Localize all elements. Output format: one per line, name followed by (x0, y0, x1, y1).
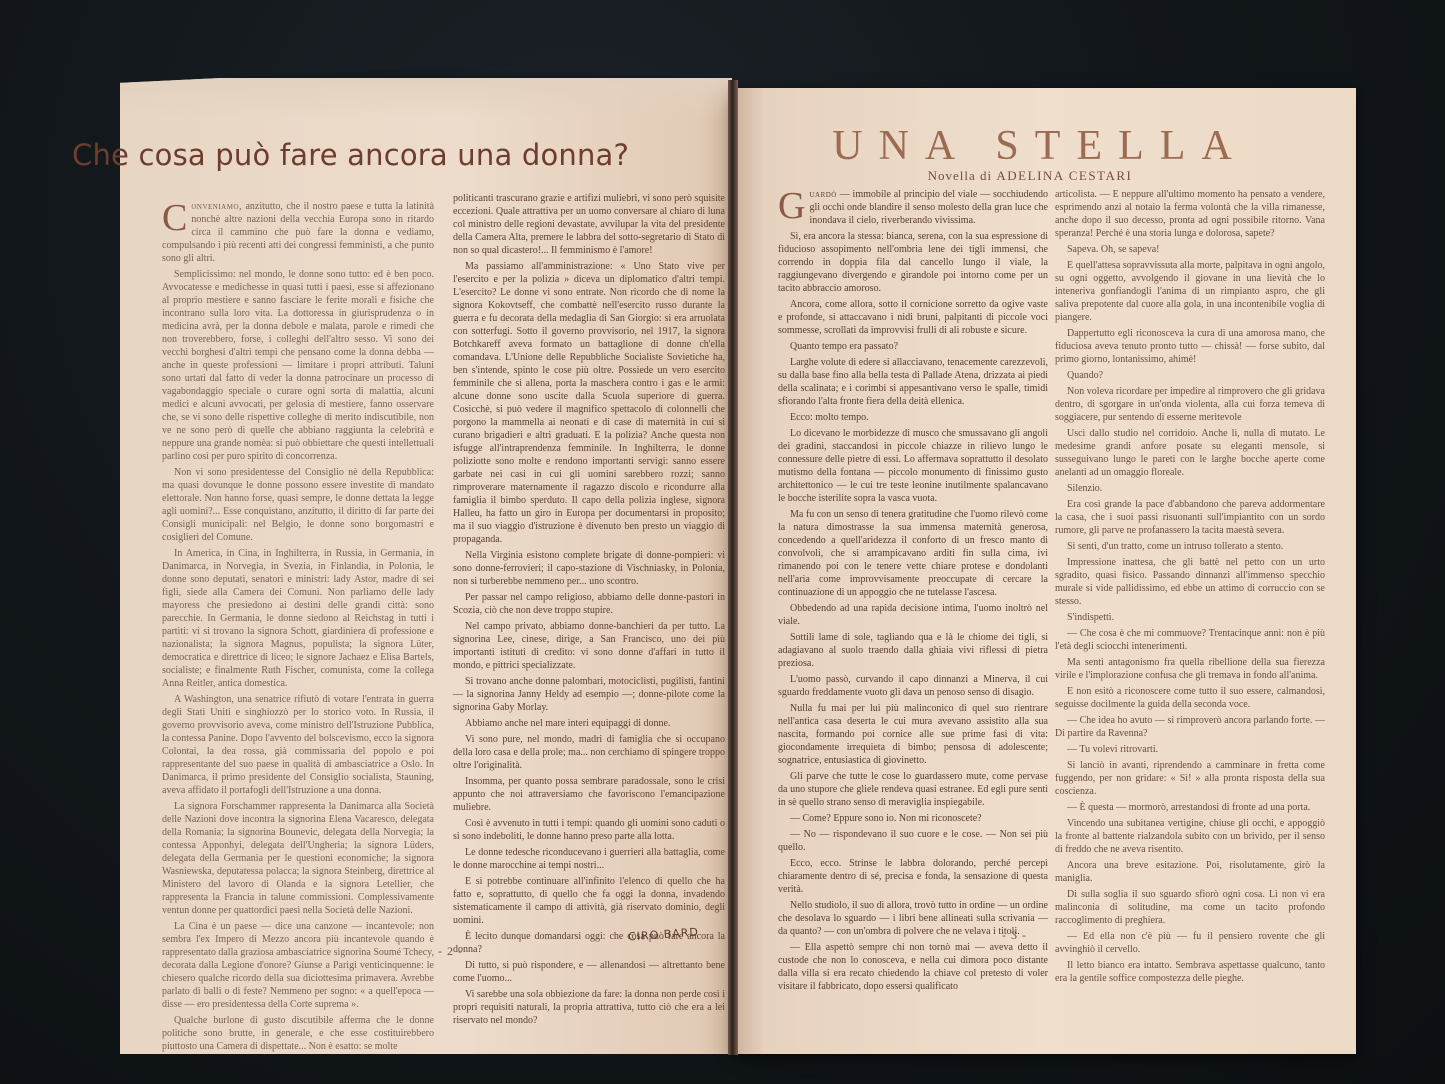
paragraph: Si trovano anche donne palombari, motoci… (453, 675, 725, 714)
paragraph: Qualche burlone di gusto discutibile aff… (162, 1014, 434, 1053)
paragraph: Gli parve che tutte le cose lo guardasse… (778, 770, 1048, 809)
paragraph: Così è avvenuto in tutti i tempi: quando… (453, 817, 725, 843)
paragraph: Lo dicevano le morbidezze di musco che s… (778, 427, 1048, 505)
paragraph: Semplicissimo: nel mondo, le donne sono … (162, 268, 434, 463)
paragraph: — Come? Eppure sono io. Non mi riconosce… (778, 812, 1048, 825)
paragraph: — Che cosa è che mi commuove? Trentacinq… (1055, 627, 1325, 653)
paragraph: Obbedendo ad una rapida decisione intima… (778, 602, 1048, 628)
paragraph: Impressione inattesa, che gli battè nel … (1055, 556, 1325, 608)
paragraph: Non voleva ricordare per impedire al rim… (1055, 385, 1325, 424)
paragraph: Abbiamo anche nel mare interi equipaggi … (453, 717, 725, 730)
paragraph: Di sulla soglia il suo sguardo sfiorò og… (1055, 888, 1325, 927)
paragraph: Era così grande la pace d'abbandono che … (1055, 498, 1325, 537)
paragraph: Nella Virginia esistono complete brigate… (453, 549, 725, 588)
book-gutter (728, 80, 738, 1055)
right-lead-paragraph: Guardò — immobile al principio del viale… (778, 188, 1048, 227)
paragraph: S'indispettì. (1055, 611, 1325, 624)
paragraph: Vi sono pure, nel mondo, madri di famigl… (453, 733, 725, 772)
paragraph: Ma sentì antagonismo fra quella ribellio… (1055, 656, 1325, 682)
byline: Novella di ADELINA CESTARI (860, 168, 1200, 184)
right-story-title: UNA STELLA (830, 122, 1250, 170)
paragraph: L'uomo passò, curvando il capo dinnanzi … (778, 673, 1048, 699)
paragraph: Nulla fu mai per lui più malinconico di … (778, 702, 1048, 767)
paragraph: Dappertutto egli riconosceva la cura di … (1055, 327, 1325, 366)
paragraph: Sì, era ancora la stessa: bianca, serena… (778, 230, 1048, 295)
paragraph: Ecco: molto tempo. (778, 411, 1048, 424)
dropcap: C (162, 202, 187, 234)
left-column-1: Conveniamo, anzitutto, che il nostro pae… (162, 200, 434, 1056)
paragraph: Larghe volute di edere si allacciavano, … (778, 356, 1048, 408)
paragraph: — Tu volevi ritrovarti. (1055, 743, 1325, 756)
paragraph: A Washington, una senatrice rifiutò di v… (162, 693, 434, 797)
paragraph: Ancora, come allora, sotto il cornicione… (778, 298, 1048, 337)
paragraph: — È questa — mormorò, arrestandosi di fr… (1055, 801, 1325, 814)
paragraph: Ecco, ecco. Strinse le labbra dolorando,… (778, 857, 1048, 896)
paragraph: Uscì dallo studio nel corridoio. Anche l… (1055, 427, 1325, 479)
paragraph: E quell'attesa sopravvissuta alla morte,… (1055, 259, 1325, 324)
paragraph: politicanti trascurano grazie e artifizi… (453, 192, 725, 257)
paragraph: Il letto bianco era intatto. Sembrava as… (1055, 959, 1325, 985)
paragraph: Non vi sono presidentesse del Consiglio … (162, 466, 434, 544)
right-column-2: articolista. — E neppure all'ultimo mome… (1055, 188, 1325, 988)
paragraph: Ancora una breve esitazione. Poi, risolu… (1055, 859, 1325, 885)
left-article-title: Che cosa può fare ancora una donna? (72, 138, 642, 172)
paragraph: — Che idea ho avuto — si rimproverò anco… (1055, 714, 1325, 740)
paragraph: Ma passiamo all'amministrazione: « Uno S… (453, 260, 725, 546)
left-column-2: politicanti trascurano grazie e artifizi… (453, 192, 725, 1030)
paragraph: Si sentì, d'un tratto, come un intruso t… (1055, 540, 1325, 553)
right-column-1: Guardò — immobile al principio del viale… (778, 188, 1048, 996)
magazine-spread: Che cosa può fare ancora una donna? Conv… (0, 0, 1445, 1084)
paragraph: Le donne tedesche riconducevano i guerri… (453, 846, 725, 872)
paragraph: La signora Forschammer rappresenta la Da… (162, 800, 434, 917)
dropcap: G (778, 190, 805, 222)
page-number-left: - 2 - (438, 944, 463, 959)
paragraph: Per passar nel campo religioso, abbiamo … (453, 591, 725, 617)
paragraph: Nel campo privato, abbiamo donne-banchie… (453, 620, 725, 672)
paragraph: articolista. — E neppure all'ultimo mome… (1055, 188, 1325, 240)
paragraph: La Cina è un paese — dice una canzone — … (162, 920, 434, 1011)
paragraph: — Ella aspettò sempre chi non tornò mai … (778, 941, 1048, 993)
paragraph: In America, in Cina, in Inghilterra, in … (162, 547, 434, 690)
paragraph: Sottili lame di sole, tagliando qua e là… (778, 631, 1048, 670)
paragraph: — No — rispondevano il suo cuore e le co… (778, 828, 1048, 854)
byline-author: ADELINA CESTARI (996, 168, 1132, 183)
page-number-right: - 3 - (1002, 928, 1027, 943)
paragraph: Di tutto, si può rispondere, e — allenan… (453, 959, 725, 985)
paragraph: Ma fu con un senso di tenera gratitudine… (778, 508, 1048, 599)
paragraph: Vi sarebbe una sola obbiezione da fare: … (453, 988, 725, 1027)
paragraph: Vincendo una subitanea vertigine, chiuse… (1055, 817, 1325, 856)
paragraph: Quanto tempo era passato? (778, 340, 1048, 353)
paragraph: Quando? (1055, 369, 1325, 382)
paragraph: Si lanciò in avanti, riprendendo a cammi… (1055, 759, 1325, 798)
paragraph: Insomma, per quanto possa sembrare parad… (453, 775, 725, 814)
paragraph: E si potrebbe continuare all'infinito l'… (453, 875, 725, 927)
left-lead-paragraph: Conveniamo, anzitutto, che il nostro pae… (162, 200, 434, 265)
paragraph: — Ed ella non c'è più — fu il pensiero r… (1055, 930, 1325, 956)
paragraph: E non esitò a riconoscere come tutto il … (1055, 685, 1325, 711)
paragraph: Sapeva. Oh, se sapeva! (1055, 243, 1325, 256)
paragraph: Silenzio. (1055, 482, 1325, 495)
